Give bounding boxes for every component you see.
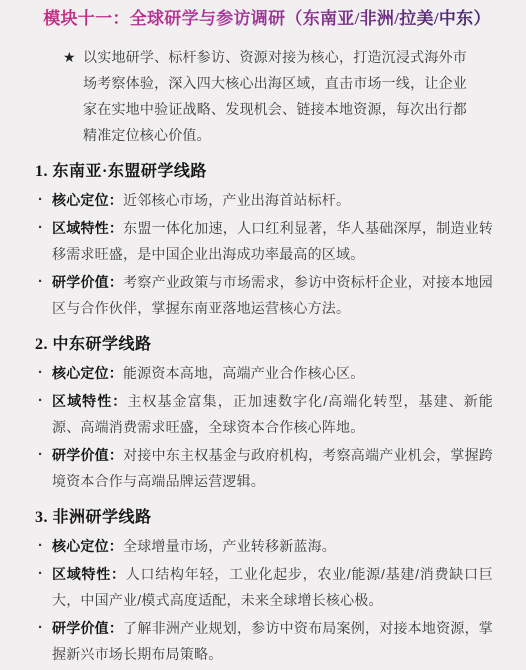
bullet-item: · 研学价值：对接中东主权基金与政府机构，考察高端产业机会，掌握跨境资本合作与高… <box>38 442 496 494</box>
bullet-value: 能源资本高地，高端产业合作核心区。 <box>123 365 364 381</box>
bullet-label: 区域特性： <box>52 566 126 582</box>
bullet-content: 研学价值：对接中东主权基金与政府机构，考察高端产业机会，掌握跨境资本合作与高端品… <box>52 442 493 494</box>
bullet-value: 全球增量市场，产业转移新蓝海。 <box>123 538 336 554</box>
bullet-dot-icon: · <box>38 533 52 559</box>
bullet-content: 研学价值：考察产业政策与市场需求，参访中资标杆企业，对接本地园区与合作伙伴，掌握… <box>52 269 493 321</box>
bullet-item: · 核心定位：能源资本高地，高端产业合作核心区。 <box>38 360 496 386</box>
bullet-item: · 核心定位：全球增量市场，产业转移新蓝海。 <box>38 533 496 559</box>
bullet-dot-icon: · <box>38 187 52 213</box>
bullet-content: 区域特性：东盟一体化加速，人口红利显著，华人基础深厚，制造业转移需求旺盛，是中国… <box>52 215 493 267</box>
bullet-item: · 区域特性：东盟一体化加速，人口红利显著，华人基础深厚，制造业转移需求旺盛，是… <box>38 215 496 267</box>
bullet-content: 核心定位：近邻核心市场，产业出海首站标杆。 <box>52 187 493 213</box>
bullet-dot-icon: · <box>38 388 52 440</box>
bullet-value: 近邻核心市场，产业出海首站标杆。 <box>123 192 350 208</box>
section-middle-east: 2. 中东研学线路 · 核心定位：能源资本高地，高端产业合作核心区。 · 区域特… <box>38 335 496 494</box>
intro-text: 以实地研学、标杆参访、资源对接为核心，打造沉浸式海外市场考察体验，深入四大核心出… <box>83 44 467 148</box>
bullet-label: 核心定位： <box>52 365 123 381</box>
bullet-content: 核心定位：全球增量市场，产业转移新蓝海。 <box>52 533 493 559</box>
section-africa: 3. 非洲研学线路 · 核心定位：全球增量市场，产业转移新蓝海。 · 区域特性：… <box>38 508 496 667</box>
bullet-dot-icon: · <box>38 360 52 386</box>
bullet-label: 核心定位： <box>52 192 123 208</box>
star-icon: ★ <box>63 44 83 148</box>
bullet-dot-icon: · <box>38 442 52 494</box>
bullet-content: 研学价值：了解非洲产业规划，参访中资布局案例，对接本地资源，掌握新兴市场长期布局… <box>52 615 493 667</box>
bullet-label: 研学价值： <box>52 620 123 636</box>
bullet-dot-icon: · <box>38 561 52 613</box>
bullet-content: 区域特性：人口结构年轻，工业化起步，农业/能源/基建/消费缺口巨大，中国产业/模… <box>52 561 493 613</box>
page-title: 模块十一：全球研学与参访调研（东南亚/非洲/拉美/中东） <box>38 8 496 30</box>
bullet-item: · 区域特性：人口结构年轻，工业化起步，农业/能源/基建/消费缺口巨大，中国产业… <box>38 561 496 613</box>
bullet-dot-icon: · <box>38 215 52 267</box>
document-page: 模块十一：全球研学与参访调研（东南亚/非洲/拉美/中东） ★ 以实地研学、标杆参… <box>0 0 526 670</box>
bullet-label: 研学价值： <box>52 447 123 463</box>
bullet-label: 研学价值： <box>52 274 123 290</box>
bullet-item: · 研学价值：考察产业政策与市场需求，参访中资标杆企业，对接本地园区与合作伙伴，… <box>38 269 496 321</box>
bullet-label: 核心定位： <box>52 538 123 554</box>
bullet-item: · 核心定位：近邻核心市场，产业出海首站标杆。 <box>38 187 496 213</box>
bullet-label: 区域特性： <box>52 393 127 409</box>
bullet-dot-icon: · <box>38 615 52 667</box>
bullet-item: · 研学价值：了解非洲产业规划，参访中资布局案例，对接本地资源，掌握新兴市场长期… <box>38 615 496 667</box>
section-heading: 1. 东南亚·东盟研学线路 <box>35 162 496 182</box>
bullet-dot-icon: · <box>38 269 52 321</box>
intro-paragraph: ★ 以实地研学、标杆参访、资源对接为核心，打造沉浸式海外市场考察体验，深入四大核… <box>38 44 496 148</box>
section-heading: 2. 中东研学线路 <box>35 335 496 355</box>
section-heading: 3. 非洲研学线路 <box>35 508 496 528</box>
section-southeast-asia: 1. 东南亚·东盟研学线路 · 核心定位：近邻核心市场，产业出海首站标杆。 · … <box>38 162 496 321</box>
bullet-label: 区域特性： <box>52 220 123 236</box>
bullet-content: 区域特性：主权基金富集，正加速数字化/高端化转型，基建、新能源、高端消费需求旺盛… <box>52 388 493 440</box>
bullet-content: 核心定位：能源资本高地，高端产业合作核心区。 <box>52 360 493 386</box>
bullet-item: · 区域特性：主权基金富集，正加速数字化/高端化转型，基建、新能源、高端消费需求… <box>38 388 496 440</box>
